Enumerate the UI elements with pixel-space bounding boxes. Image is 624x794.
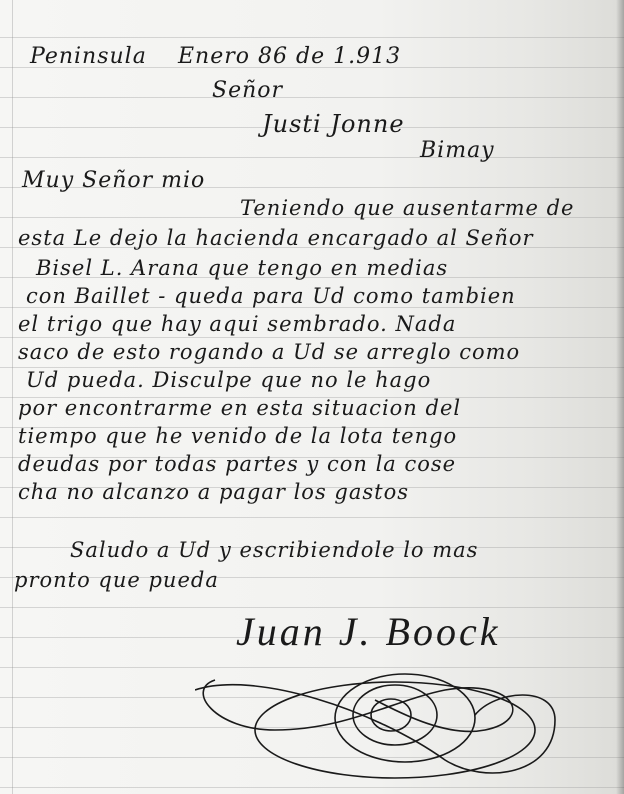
- page-edge-shadow: [616, 0, 624, 794]
- body-line-2: esta Le dejo la hacienda encargado al Se…: [18, 226, 534, 250]
- body-line-7: Ud pueda. Disculpe que no le hago: [26, 368, 431, 392]
- closing-line-1: Saludo a Ud y escribiendole lo mas: [70, 538, 478, 562]
- closing-line-2: pronto que pueda: [14, 568, 219, 592]
- greeting: Muy Señor mio: [22, 168, 205, 193]
- body-line-5: el trigo que hay aqui sembrado. Nada: [18, 312, 456, 336]
- recipient-place: Bimay: [420, 138, 495, 163]
- signature-flourish-icon: [195, 660, 595, 790]
- signature: Juan J. Boock: [236, 608, 500, 655]
- margin-line: [12, 0, 13, 794]
- body-line-1: Teniendo que ausentarme de: [240, 196, 575, 220]
- body-line-9: tiempo que he venido de la lota tengo: [18, 424, 457, 448]
- body-line-6: saco de esto rogando a Ud se arreglo com…: [18, 340, 520, 364]
- body-line-10: deudas por todas partes y con la cose: [18, 452, 456, 476]
- body-line-3: Bisel L. Arana que tengo en medias: [36, 256, 448, 280]
- recipient-name: Justi Jonne: [262, 110, 405, 138]
- letter-date: Enero 86 de 1.913: [178, 44, 401, 69]
- body-line-8: por encontrarme en esta situacion del: [18, 396, 461, 420]
- body-line-11: cha no alcanzo a pagar los gastos: [18, 480, 409, 504]
- letter-place: Peninsula: [30, 44, 147, 69]
- salutation-title: Señor: [212, 78, 283, 103]
- body-line-4: con Baillet - queda para Ud como tambien: [26, 284, 516, 308]
